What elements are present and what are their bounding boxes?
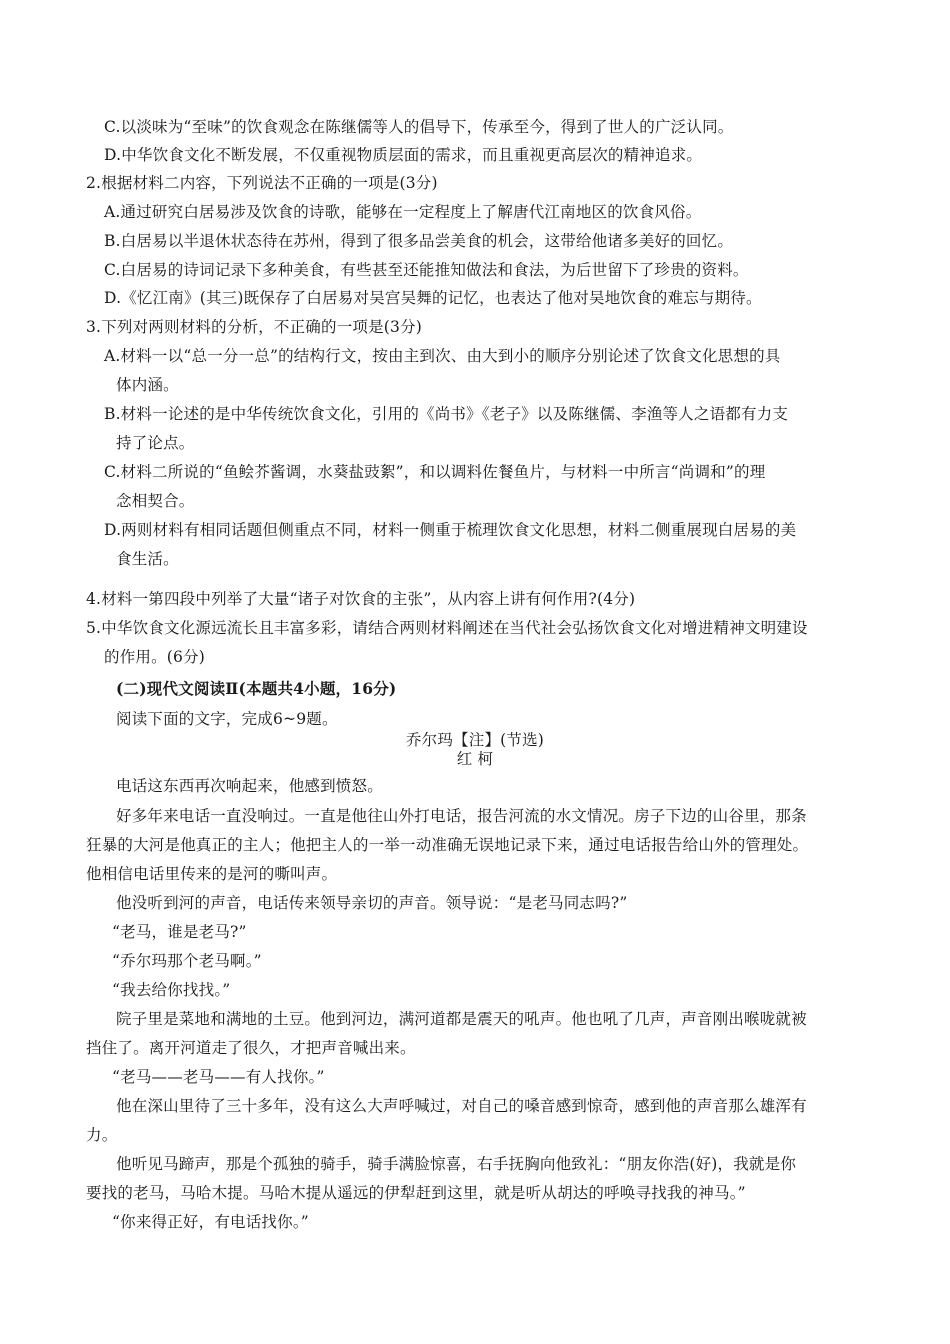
q2-option-b: B.白居易以半退休状态待在苏州，得到了很多品尝美食的机会，这带给他诸多美好的回忆…: [104, 231, 733, 251]
passage-paragraph: 他没听到河的声音，电话传来领导亲切的声音。领导说：“是老马同志吗?”: [116, 893, 627, 913]
q5-stem-cont: 的作用。(6分): [104, 647, 205, 667]
q1-option-c: C.以淡味为“至味”的饮食观念在陈继儒等人的倡导下，传承至今，得到了世人的广泛认…: [104, 117, 734, 137]
passage-dialogue: “老马，谁是老马?”: [112, 922, 247, 942]
passage-paragraph: 电话这东西再次响起来，他感到愤怒。: [116, 776, 383, 796]
passage-paragraph: 他在深山里待了三十多年，没有这么大声呼喊过，对自己的嗓音感到惊奇，感到他的声音那…: [116, 1096, 807, 1116]
passage-dialogue: “你来得正好，有电话找你。”: [112, 1212, 309, 1232]
q3-option-a: A.材料一以“总一分一总”的结构行文，按由主到次、由大到小的顺序分别论述了饮食文…: [104, 346, 780, 366]
q2-option-c: C.白居易的诗词记录下多种美食，有些甚至还能推知做法和食法，为后世留下了珍贵的资…: [104, 260, 749, 280]
passage-paragraph-cont: 力。: [86, 1125, 117, 1145]
passage-author: 红 柯: [0, 749, 950, 769]
passage-paragraph-cont: 挡住了。离开河道走了很久，才把声音喊出来。: [86, 1038, 416, 1058]
passage-paragraph: 院子里是菜地和满地的土豆。他到河边，满河道都是震天的吼声。他也吼了几声，声音刚出…: [116, 1009, 807, 1029]
q3-option-b: B.材料一论述的是中华传统饮食文化，引用的《尚书》《老子》以及陈继儒、李渔等人之…: [104, 404, 788, 424]
q2-option-d: D.《忆江南》(其三)既保存了白居易对吴宫吴舞的记忆，也表达了他对吴地饮食的难忘…: [104, 288, 762, 308]
exam-page: C.以淡味为“至味”的饮食观念在陈继儒等人的倡导下，传承至今，得到了世人的广泛认…: [0, 0, 950, 1344]
q3-option-c-cont: 念相契合。: [116, 491, 195, 511]
passage-paragraph-cont: 他相信电话里传来的是河的嘶叫声。: [86, 864, 337, 884]
q2-option-a: A.通过研究白居易涉及饮食的诗歌，能够在一定程度上了解唐代江南地区的饮食风俗。: [104, 202, 701, 222]
passage-paragraph-cont: 狂暴的大河是他真正的主人；他把主人的一举一动准确无误地记录下来，通过电话报告给山…: [86, 835, 808, 855]
q1-option-d: D.中华饮食文化不断发展，不仅重视物质层面的需求，而且重视更高层次的精神追求。: [104, 145, 702, 165]
q4-stem: 4.材料一第四段中列举了大量“诸子对饮食的主张”，从内容上讲有何作用?(4分): [86, 589, 635, 609]
passage-paragraph-cont: 要找的老马，马哈木提。马哈木提从遥远的伊犁赶到这里，就是听从胡达的呼唤寻找我的神…: [86, 1183, 746, 1203]
passage-dialogue: “老马——老马——有人找你。”: [112, 1067, 325, 1087]
q3-option-a-cont: 体内涵。: [116, 375, 179, 395]
section-heading: (二)现代文阅读Ⅱ(本题共4小题，16分): [116, 679, 396, 699]
passage-paragraph: 好多年来电话一直没响过。一直是他往山外打电话，报告河流的水文情况。房子下边的山谷…: [116, 806, 807, 826]
q5-stem: 5.中华饮食文化源远流长且丰富多彩，请结合两则材料阐述在当代社会弘扬饮食文化对增…: [86, 618, 808, 638]
passage-paragraph: 他听见马蹄声，那是个孤独的骑手，骑手满脸惊喜，右手抚胸向他致礼：“朋友你浩(好)…: [116, 1154, 796, 1174]
q3-option-b-cont: 持了论点。: [116, 433, 195, 453]
passage-dialogue: “我去给你找找。”: [112, 980, 230, 1000]
passage-title: 乔尔玛【注】(节选): [0, 730, 950, 750]
reading-instruction: 阅读下面的文字，完成6~9题。: [116, 709, 338, 729]
passage-dialogue: “乔尔玛那个老马啊。”: [112, 951, 262, 971]
q3-option-d: D.两则材料有相同话题但侧重点不同，材料一侧重于梳理饮食文化思想，材料二侧重展现…: [104, 520, 796, 540]
q3-stem: 3.下列对两则材料的分析，不正确的一项是(3分): [86, 317, 422, 337]
q3-option-c: C.材料二所说的“鱼鲙芥酱调，水葵盐豉絮”，和以调料佐餐鱼片，与材料一中所言“尚…: [104, 462, 765, 482]
q2-stem: 2.根据材料二内容，下列说法不正确的一项是(3分): [86, 173, 438, 193]
q3-option-d-cont: 食生活。: [116, 549, 179, 569]
